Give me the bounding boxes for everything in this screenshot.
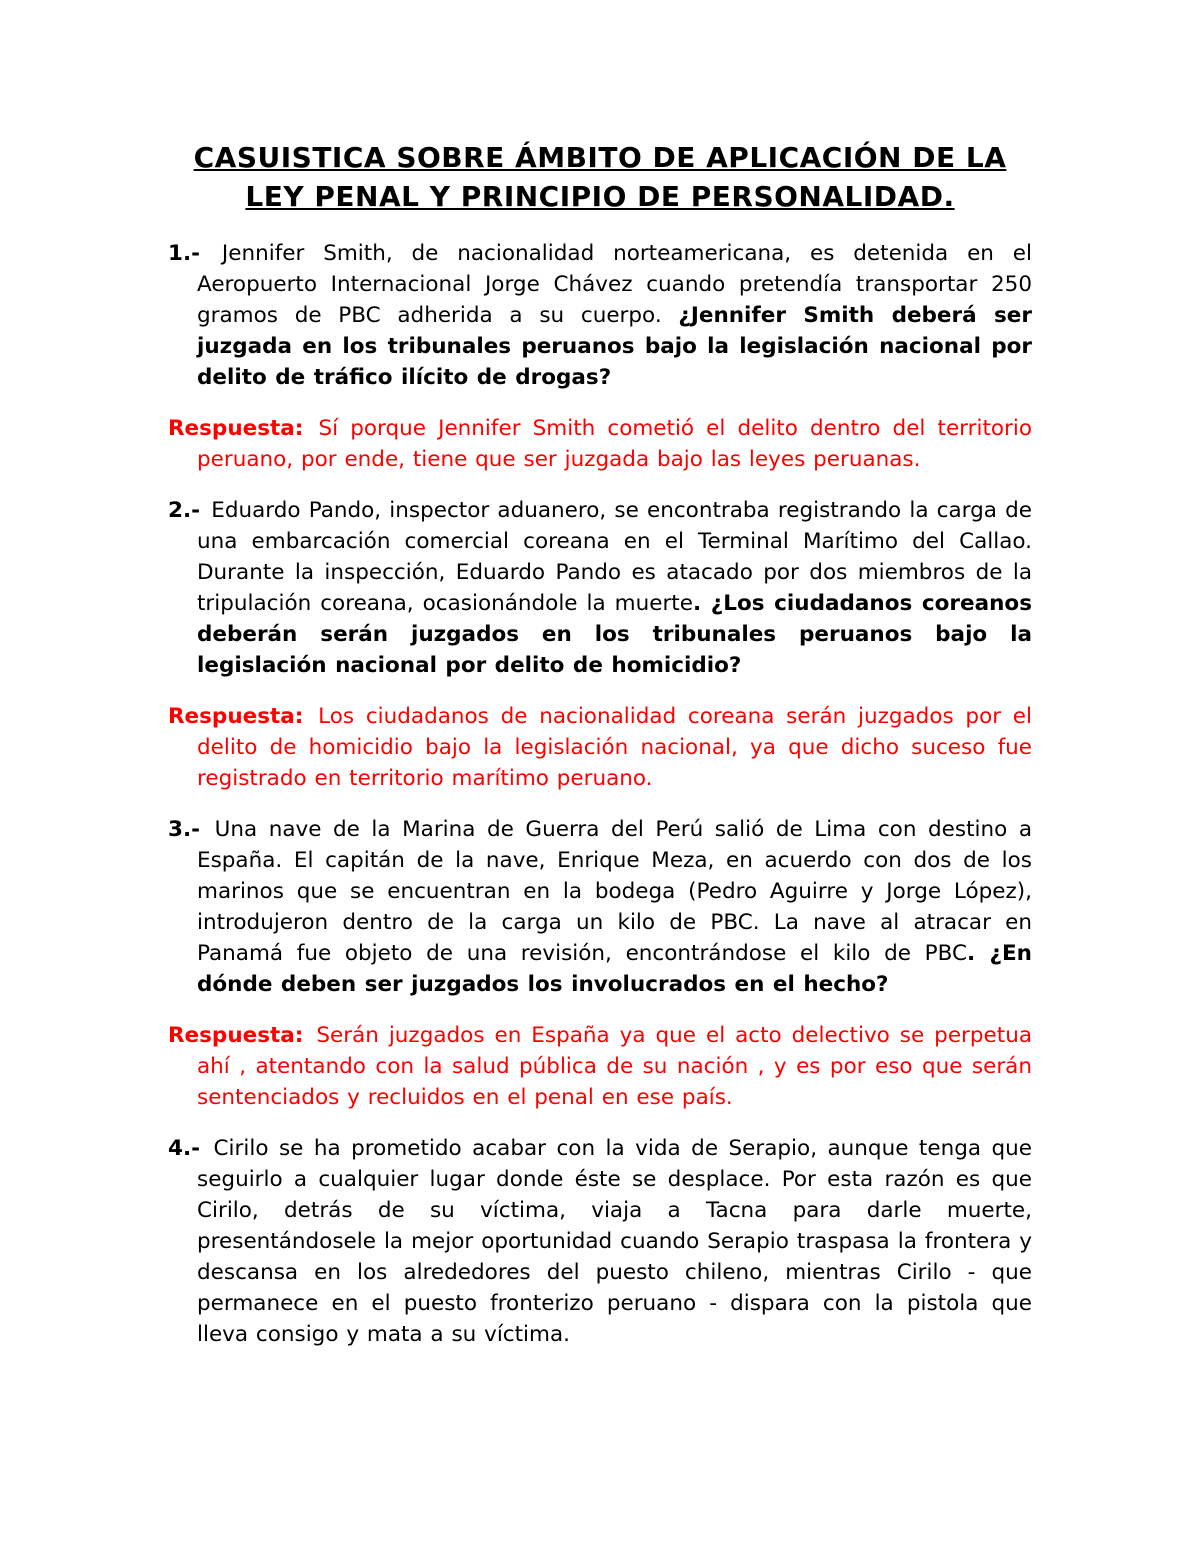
case-1-paragraph: 1.- Jennifer Smith, de nacionalidad nort… <box>168 238 1032 393</box>
answer-1-label: Respuesta: <box>168 416 306 441</box>
document-title: CASUISTICA SOBRE ÁMBITO DE APLICACIÓN DE… <box>168 138 1032 216</box>
answer-2-text: Los ciudadanos de nacionalidad coreana s… <box>197 704 1032 791</box>
case-2-paragraph: 2.- Eduardo Pando, inspector aduanero, s… <box>168 495 1032 681</box>
case-3-paragraph: 3.- Una nave de la Marina de Guerra del … <box>168 814 1032 1000</box>
case-3-number: 3.- <box>168 817 203 842</box>
answer-1-text: Sí porque Jennifer Smith cometió el deli… <box>197 416 1032 472</box>
case-4-text: Cirilo se ha prometido acabar con la vid… <box>197 1136 1032 1347</box>
case-1-number: 1.- <box>168 241 203 266</box>
case-4-number: 4.- <box>168 1136 203 1161</box>
case-3-text: Una nave de la Marina de Guerra del Perú… <box>197 817 1032 966</box>
answer-2-label: Respuesta: <box>168 704 306 729</box>
case-4-paragraph: 4.- Cirilo se ha prometido acabar con la… <box>168 1133 1032 1350</box>
answer-1-paragraph: Respuesta: Sí porque Jennifer Smith come… <box>168 413 1032 475</box>
answer-3-text: Serán juzgados en España ya que el acto … <box>197 1023 1032 1110</box>
document-page: CASUISTICA SOBRE ÁMBITO DE APLICACIÓN DE… <box>0 0 1200 1553</box>
answer-2-paragraph: Respuesta: Los ciudadanos de nacionalida… <box>168 701 1032 794</box>
answer-3-label: Respuesta: <box>168 1023 306 1048</box>
answer-3-paragraph: Respuesta: Serán juzgados en España ya q… <box>168 1020 1032 1113</box>
case-2-number: 2.- <box>168 498 203 523</box>
